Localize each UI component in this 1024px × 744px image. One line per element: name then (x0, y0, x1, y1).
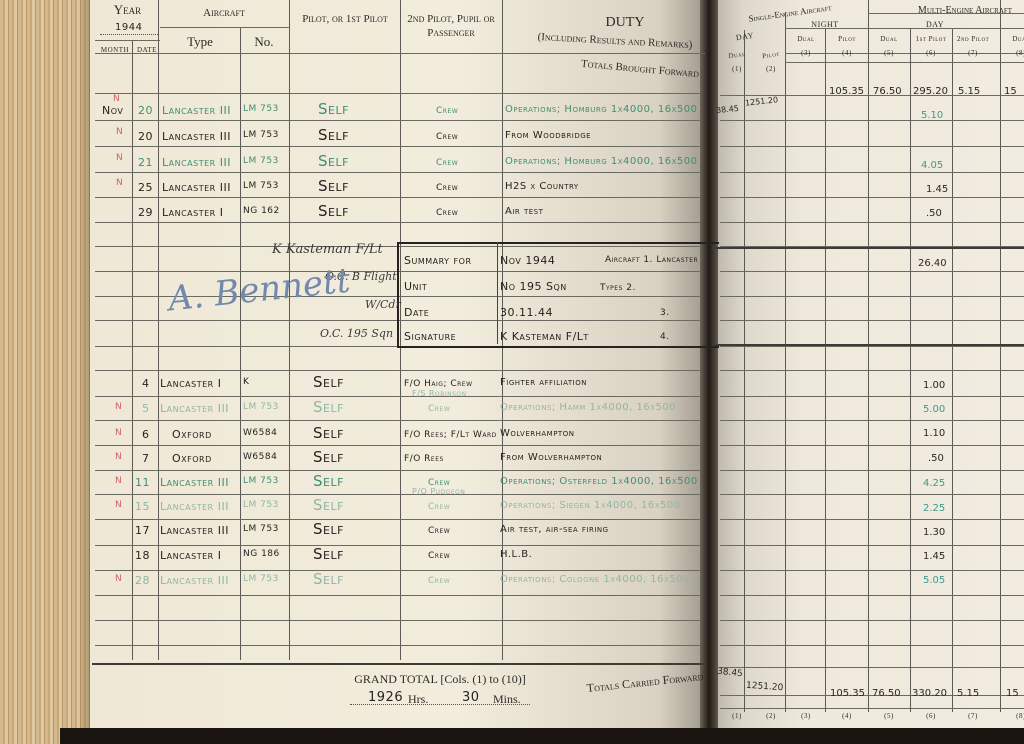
dec-col6-value: 1.45 (923, 551, 945, 562)
grid-row-line (720, 545, 1024, 546)
dec-col6-value: 1.00 (923, 380, 945, 391)
entry-second-pilot: Crew (428, 526, 450, 536)
column-number-footer: (3) (785, 709, 827, 723)
year-header: Year (95, 3, 160, 17)
entry-pilot: Self (318, 177, 349, 195)
grid-row-line (720, 445, 1024, 446)
grid-row-line (95, 197, 700, 198)
night-flag: N (116, 127, 123, 137)
entry-aircraft-no: LM 753 (243, 402, 279, 412)
grid-row-line (95, 445, 700, 446)
entry-duty: H2S x Country (505, 181, 579, 192)
entry-date: 21 (138, 156, 153, 169)
entry-pilot: Self (318, 202, 349, 220)
grid-row-line (720, 296, 1024, 297)
entry-duty: H.L.B. (500, 549, 532, 560)
entry-duty: Operations; Cologne 1x4000, 16x500 (500, 574, 690, 585)
grand-total-hours: 1926 (368, 690, 403, 705)
entry-aircraft-type: Lancaster I (162, 206, 223, 219)
year-value: 1944 (115, 22, 142, 33)
entry-aircraft-type: Lancaster III (162, 104, 231, 117)
grid-column-line (868, 0, 869, 712)
entry-aircraft-type: Lancaster I (160, 377, 221, 390)
grid-row-line (95, 519, 700, 520)
entry-second-pilot: Crew (428, 502, 450, 512)
grid-row-line (720, 420, 1024, 421)
oc-195-label: O.C. 195 Sqn (320, 327, 393, 340)
grid-row-line (720, 645, 1024, 646)
grand-total-dotline (350, 704, 530, 705)
entry-duty: Operations; Homburg 1x4000, 16x500 (505, 104, 697, 115)
grid-row-line (720, 346, 1024, 347)
grid-column-line (785, 12, 786, 712)
duty-header: DUTY (560, 16, 690, 30)
entry-duty: Air test (505, 206, 543, 217)
column-number: (3) (785, 46, 827, 60)
entry-duty: Wolverhampton (500, 428, 574, 439)
entry-duty: Operations; Siegen 1x4000, 16x500 (500, 500, 681, 511)
grid-row-line (95, 93, 700, 94)
entry-date: 20 (138, 130, 153, 143)
nov-col6-value: 4.05 (921, 160, 943, 171)
book-page-edges (0, 0, 90, 744)
entry-duty: Operations; Hamm 1x4000, 16x500 (500, 402, 676, 413)
year-underline (100, 34, 158, 35)
entry-aircraft-no: LM 753 (243, 181, 279, 191)
entry-pilot: Self (313, 448, 344, 466)
night-flag: N (115, 476, 122, 486)
grid-row-line (720, 494, 1024, 495)
grid-row-line (95, 396, 700, 397)
column-subheader: 1st Pilot (910, 32, 952, 46)
column-number: (5) (868, 46, 910, 60)
entry-duty: From Wolverhampton (500, 452, 602, 463)
entry-date: 6 (142, 428, 150, 441)
entry-duty: Operations; Osterfeld 1x4000, 16x500 (500, 476, 698, 487)
column-number: (2) (750, 62, 792, 76)
entry-pilot: Self (313, 496, 344, 514)
grid-column-line (132, 40, 133, 660)
entry-aircraft-type: Lancaster III (162, 181, 231, 194)
month-header: MONTH (98, 43, 132, 57)
grid-row-line (720, 370, 1024, 371)
grid-row-line (720, 271, 1024, 272)
grid-column-line (158, 0, 159, 660)
cf-c5: 76.50 (872, 688, 901, 699)
entry-aircraft-no: K (243, 377, 249, 387)
grid-row-line (95, 570, 700, 571)
entry-aircraft-no: LM 753 (243, 524, 279, 534)
entry-duty: Air test, air-sea firing (500, 524, 609, 535)
entry-aircraft-type: Lancaster III (160, 476, 229, 489)
grid-column-line (240, 28, 241, 660)
entry-date: 15 (135, 500, 150, 513)
entry-second-pilot: Crew (436, 183, 458, 193)
entry-pilot: Self (313, 570, 344, 588)
entry-pilot: Self (313, 373, 344, 391)
cf-c4: 105.35 (830, 688, 865, 699)
entry-aircraft-type: Lancaster III (160, 574, 229, 587)
date-header: DATE (134, 43, 160, 57)
grid-column-line (744, 30, 745, 712)
grid-row-line (95, 420, 700, 421)
entry-aircraft-no: LM 753 (243, 104, 279, 114)
entry-aircraft-no: W6584 (243, 428, 277, 438)
entry-date: 5 (142, 402, 150, 415)
entry-second-pilot: Crew (428, 576, 450, 586)
entry-second-pilot: Crew (436, 158, 458, 168)
entry-second-pilot: Crew (436, 208, 458, 218)
column-subheader: 2nd Pilot (952, 32, 994, 46)
grid-row-line (95, 494, 700, 495)
night-flag: N (115, 500, 122, 510)
column-number-footer: (7) (952, 709, 994, 723)
grid-row-line (720, 570, 1024, 571)
grid-row-line (95, 172, 700, 173)
entry-date: 25 (138, 181, 153, 194)
grid-row-line (720, 396, 1024, 397)
grand-total-values: 1926 Hrs. 30 Mins. (350, 690, 540, 706)
cf-c7: 5.15 (957, 688, 979, 699)
entry-second-pilot: Crew (428, 551, 450, 561)
grid-row-line (720, 146, 1024, 147)
summary-aircraft-label: Aircraft 1. Lancaster (605, 255, 698, 265)
grid-header-line (785, 62, 1024, 63)
summary-value: K Kasteman F/Lt (500, 330, 589, 343)
grid-column-line (1000, 0, 1001, 712)
entry-aircraft-type: Oxford (172, 452, 212, 465)
entry-pilot: Self (318, 152, 349, 170)
grid-row-line (95, 470, 700, 471)
grid-header-line (160, 27, 289, 28)
multi-engine-header: Multi-Engine Aircraft (880, 4, 1024, 18)
wcdr-label: W/Cdr (365, 298, 401, 311)
entry-date: 7 (142, 452, 150, 465)
entry-aircraft-no: W6584 (243, 452, 277, 462)
column-number-footer: (4) (826, 709, 868, 723)
column-number: (6) (910, 46, 952, 60)
grid-row-line (720, 620, 1024, 621)
column-subheader: Pilot (826, 32, 868, 46)
grid-header-line (95, 53, 705, 54)
type-header: Type (160, 35, 240, 49)
nov-col6-value: .50 (926, 208, 942, 219)
summary-value: Nov 1944 (500, 254, 555, 267)
grid-footer-line (92, 663, 704, 665)
grid-row-line (720, 667, 1024, 668)
grid-row-line (720, 519, 1024, 520)
grand-total-label: GRAND TOTAL [Cols. (1) to (10)] (345, 672, 535, 686)
grid-row-line (95, 146, 700, 147)
me-day-header: DAY (870, 18, 1000, 32)
entry-second-pilot: F/O Haig; Crew (404, 379, 473, 389)
entry-second-pilot: Crew (436, 106, 458, 116)
nov-col6-value: 1.45 (926, 184, 948, 195)
grid-row-line (720, 222, 1024, 223)
entry-second-pilot: Crew (436, 132, 458, 142)
entry-second-pilot: F/O Rees (404, 454, 444, 464)
entry-aircraft-no: LM 753 (243, 130, 279, 140)
column-number: (8) (1000, 46, 1024, 60)
entry-aircraft-no: LM 753 (243, 476, 279, 486)
column-subheader: Dual (1000, 32, 1024, 46)
grid-header-line (95, 40, 160, 41)
entry-aircraft-type: Lancaster I (160, 549, 221, 562)
grid-row-line (720, 320, 1024, 321)
second-pilot-header: 2nd Pilot, Pupil or Passenger (402, 12, 500, 40)
night-flag: N (115, 452, 122, 462)
summary-label: Summary for (404, 254, 472, 267)
entry-aircraft-type: Lancaster III (160, 524, 229, 537)
entry-date: 11 (135, 476, 150, 489)
entry-date: 28 (135, 574, 150, 587)
column-subheader: Dual (785, 32, 827, 46)
cf-c6: 330.20 (912, 688, 947, 699)
bf-c8: 15 (1004, 86, 1017, 97)
column-number: (4) (826, 46, 868, 60)
entry-aircraft-no: LM 753 (243, 156, 279, 166)
grid-row-line (95, 120, 700, 121)
entry-aircraft-type: Oxford (172, 428, 212, 441)
column-number-footer: (6) (910, 709, 952, 723)
book-shadow (60, 728, 1024, 744)
entry-pilot: Self (313, 472, 344, 490)
night-flag: N (116, 178, 123, 188)
entry-pilot: Self (318, 126, 349, 144)
entry-date: 17 (135, 524, 150, 537)
entry-aircraft-type: Lancaster III (160, 402, 229, 415)
entry-aircraft-type: Lancaster III (162, 130, 231, 143)
grid-row-line (720, 172, 1024, 173)
no-header: No. (240, 35, 288, 49)
grid-row-line (720, 470, 1024, 471)
grid-section-line (712, 344, 1024, 346)
column-subheader: Dual (868, 32, 910, 46)
cf-c8: 15 (1006, 688, 1019, 699)
grid-row-line (95, 370, 700, 371)
entry-date: 4 (142, 377, 150, 390)
grid-row-line (720, 595, 1024, 596)
entry-date: 20 (138, 104, 153, 117)
bf-c5: 76.50 (873, 86, 902, 97)
entry-duty: Fighter affiliation (500, 377, 587, 388)
pilot-header: Pilot, or 1st Pilot (300, 12, 390, 26)
entry-aircraft-no: LM 753 (243, 574, 279, 584)
summary-type-3: 3. (660, 308, 670, 318)
bf-c6: 295.20 (913, 86, 948, 97)
grand-total-mins: 30 (462, 690, 480, 705)
night-flag: N (113, 94, 120, 104)
entry-month: Nov (102, 104, 123, 117)
dec-col6-value: 5.05 (923, 575, 945, 586)
grid-row-line (95, 620, 700, 621)
entry-aircraft-type: Lancaster III (160, 500, 229, 513)
entry-date: 29 (138, 206, 153, 219)
entry-second-pilot: Crew (428, 404, 450, 414)
entry-pilot: Self (313, 520, 344, 538)
night-flag: N (115, 428, 122, 438)
entry-duty: Operations; Homburg 1x4000, 16x500 (505, 156, 697, 167)
nov-summary-col6: 26.40 (918, 258, 947, 269)
entry-second-pilot: F/O Rees; F/Lt Ward (404, 430, 497, 440)
grid-column-line (289, 0, 290, 660)
dec-col6-value: .50 (928, 453, 944, 464)
dec-col6-value: 1.30 (923, 527, 945, 538)
entry-aircraft-type: Lancaster III (162, 156, 231, 169)
summary-label: Unit (404, 280, 427, 293)
entry-aircraft-no: NG 186 (243, 549, 280, 559)
column-number-footer: (8) (1000, 709, 1024, 723)
night-flag: N (115, 402, 122, 412)
bf-c4: 105.35 (829, 86, 864, 97)
entry-second-pilot-note: P/O Pudgeon (412, 487, 465, 496)
grid-row-line (95, 595, 700, 596)
grid-row-line (95, 222, 700, 223)
summary-type-2: Types 2. (600, 283, 636, 293)
grid-section-line (712, 247, 1024, 249)
summary-divider (497, 242, 498, 344)
grid-row-line (720, 197, 1024, 198)
grid-row-line (720, 120, 1024, 121)
night-flag: N (116, 153, 123, 163)
flight-commander-signature: K Kasteman F/Lt (272, 242, 383, 257)
summary-value: No 195 Sqn (500, 280, 567, 293)
summary-type-4: 4. (660, 332, 670, 342)
grid-row-line (95, 645, 700, 646)
nov-col6-value: 5.10 (921, 110, 943, 121)
entry-second-pilot-note: F/S Robinson (412, 389, 467, 398)
dec-col6-value: 4.25 (923, 478, 945, 489)
summary-label: Signature (404, 330, 456, 343)
entry-date: 18 (135, 549, 150, 562)
entry-pilot: Self (318, 100, 349, 118)
summary-value: 30.11.44 (500, 306, 553, 319)
bf-c7: 5.15 (958, 86, 980, 97)
dec-col6-value: 5.00 (923, 404, 945, 415)
entry-pilot: Self (313, 545, 344, 563)
summary-label: Date (404, 306, 429, 319)
column-number: (7) (952, 46, 994, 60)
entry-duty: From Woodbridge (505, 130, 591, 141)
grid-row-line (95, 545, 700, 546)
entry-pilot: Self (313, 424, 344, 442)
dec-col6-value: 2.25 (923, 503, 945, 514)
aircraft-header: Aircraft (160, 6, 288, 20)
column-number-footer: (5) (868, 709, 910, 723)
se-night-header: NIGHT (785, 18, 865, 32)
entry-aircraft-no: NG 162 (243, 206, 280, 216)
night-flag: N (115, 574, 122, 584)
dec-col6-value: 1.10 (923, 428, 945, 439)
entry-aircraft-no: LM 753 (243, 500, 279, 510)
entry-pilot: Self (313, 398, 344, 416)
